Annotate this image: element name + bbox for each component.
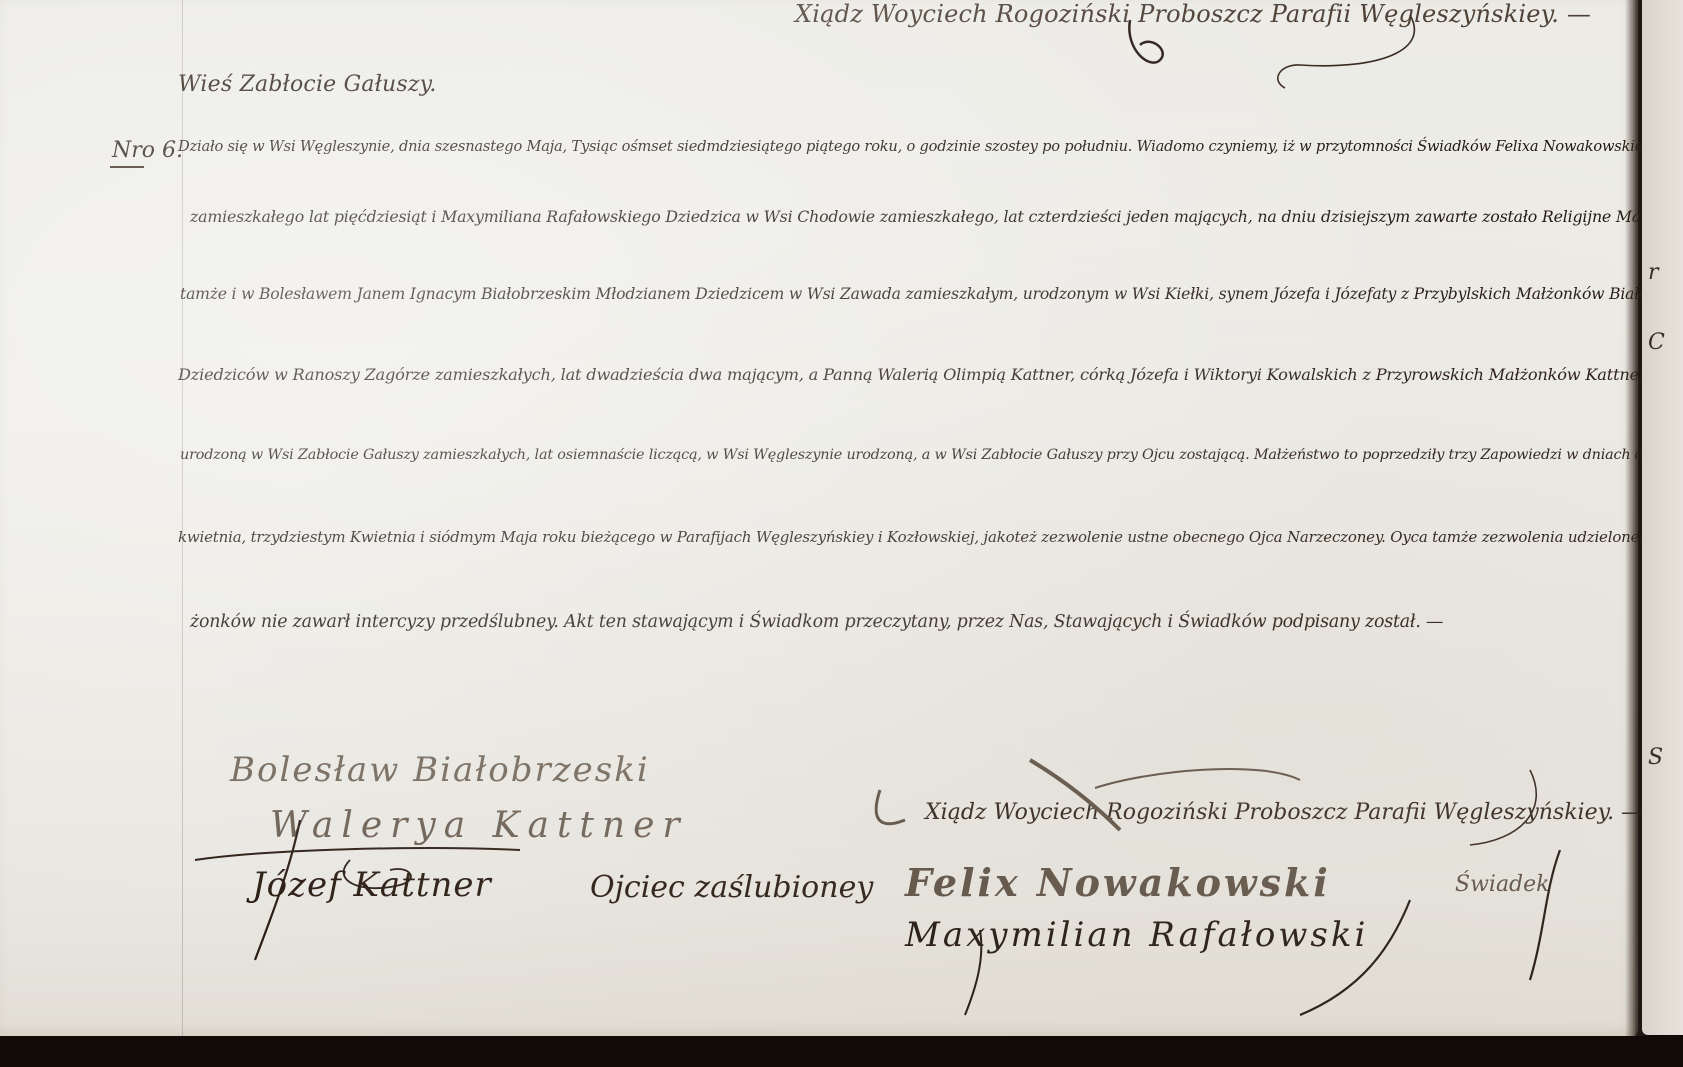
scan-background-edge: [0, 1036, 1683, 1067]
record-line-6: kwietnia, trzydziestym Kwietnia i siódmy…: [178, 528, 1683, 546]
act-number: Nro 6.: [112, 138, 183, 163]
signature-witness-1: Felix Nowakowski: [905, 860, 1331, 905]
signature-groom: Bolesław Białobrzeski: [230, 750, 650, 790]
signature-father-note: Ojciec zaślubioney: [590, 870, 873, 905]
adjacent-page-fragment-2: C: [1648, 330, 1665, 355]
document-scan: Xiądz Woyciech Rogoziński Proboszcz Para…: [0, 0, 1683, 1067]
record-line-3: tamże i w Bolesławem Janem Ignacym Biało…: [180, 285, 1683, 303]
record-line-7: żonków nie zawarł intercyzy przedślubney…: [190, 612, 1443, 632]
adjacent-page-fragment-3: S: [1648, 745, 1663, 770]
adjacent-page-fragment-1: r: [1648, 260, 1659, 285]
record-line-4: Dziedziców w Ranoszy Zagórze zamieszkały…: [178, 365, 1683, 384]
record-line-5: urodzoną w Wsi Zabłocie Gałuszy zamieszk…: [180, 447, 1683, 463]
signature-priest: Xiądz Woyciech Rogoziński Proboszcz Para…: [925, 800, 1643, 825]
adjacent-page-edge: r C S: [1642, 0, 1683, 1035]
previous-entry-priest-signature: Xiądz Woyciech Rogoziński Proboszcz Para…: [795, 0, 1591, 28]
register-page: Xiądz Woyciech Rogoziński Proboszcz Para…: [0, 0, 1638, 1040]
act-number-underline: [110, 166, 144, 168]
signature-witness-2: Maxymilian Rafałowski: [905, 915, 1368, 955]
record-line-2: zamieszkałego lat pięćdziesiąt i Maxymil…: [190, 207, 1683, 226]
signature-bride: Walerya Kattner: [270, 805, 688, 846]
record-line-1: Działo się w Wsi Węgleszynie, dnia szesn…: [178, 138, 1683, 155]
locality-heading: Wieś Zabłocie Gałuszy.: [178, 72, 437, 97]
signature-bride-father: Józef Kattner: [252, 865, 492, 905]
signature-witness-1-role: Świadek: [1455, 872, 1550, 897]
